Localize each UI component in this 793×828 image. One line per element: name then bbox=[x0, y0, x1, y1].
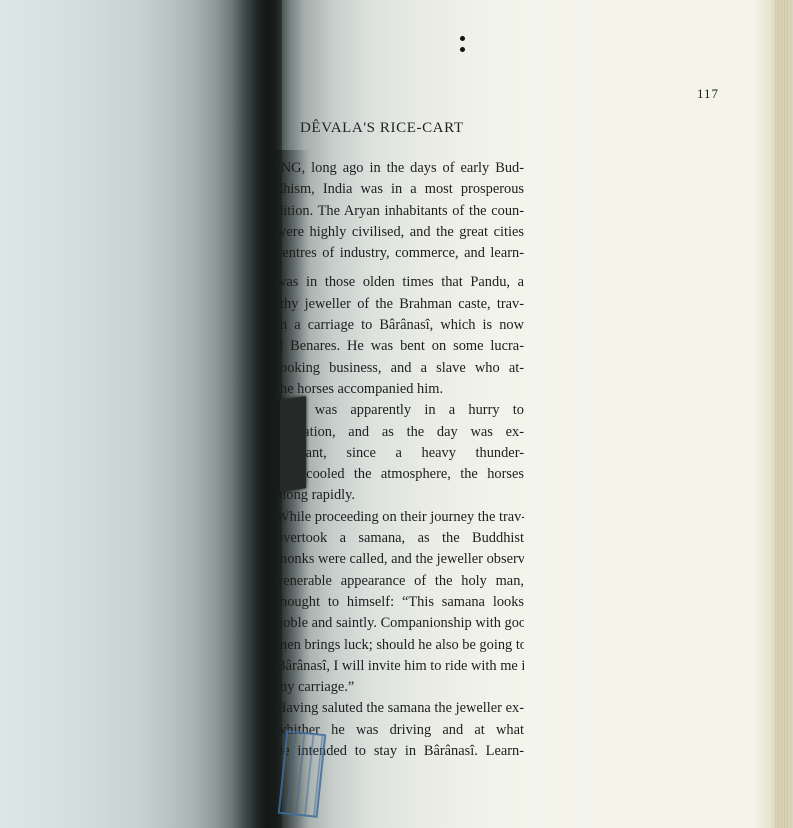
text-line: my carriage.” bbox=[276, 677, 524, 698]
text-line: eller was apparently in a hurry to bbox=[276, 400, 524, 421]
text-line: monks were called, and the jeweller obse… bbox=[276, 549, 524, 570]
chapter-title: DÊVALA'S RICE-CART bbox=[300, 120, 464, 137]
text-line: While proceeding on their journey the tr… bbox=[276, 507, 524, 528]
page-number: 117 bbox=[697, 86, 719, 102]
text-line: venerable appearance of the holy man, bbox=[276, 571, 524, 592]
text-line: Having saluted the samana the jeweller e… bbox=[276, 698, 524, 719]
text-line: dhism, India was in a most prosperous bbox=[276, 179, 524, 200]
text-line: dition. The Aryan inhabitants of the cou… bbox=[276, 201, 524, 222]
text-line: ING, long ago in the days of early Bud- bbox=[276, 158, 524, 179]
text-line: d Benares. He was bent on some lucra- bbox=[276, 336, 524, 357]
paper-tab-flap bbox=[280, 396, 306, 492]
text-line: lthy jeweller of the Brahman caste, trav… bbox=[276, 294, 524, 315]
text-line: was in those olden times that Pandu, a bbox=[276, 272, 524, 293]
text-line: Bârânasî, I will invite him to ride with… bbox=[276, 656, 524, 677]
text-line: looking business, and a slave who at- bbox=[276, 358, 524, 379]
page-edge bbox=[775, 0, 793, 828]
text-line: thought to himself: “This samana looks bbox=[276, 592, 524, 613]
left-facing-page bbox=[0, 0, 282, 828]
text-line: overtook a samana, as the Buddhist bbox=[276, 528, 524, 549]
text-line: estination, and as the day was ex- bbox=[276, 422, 524, 443]
text-line: centres of industry, commerce, and learn… bbox=[276, 243, 524, 264]
text-line: were highly civilised, and the great cit… bbox=[276, 222, 524, 243]
text-line: pleasant, since a heavy thunder- bbox=[276, 443, 524, 464]
ink-marks bbox=[459, 34, 467, 56]
text-line: noble and saintly. Companionship with go… bbox=[276, 613, 524, 634]
text-line: along rapidly. bbox=[276, 485, 524, 506]
text-line: men brings luck; should he also be going… bbox=[276, 635, 524, 656]
body-text: ING, long ago in the days of early Bud- … bbox=[276, 158, 524, 762]
text-line: had cooled the atmosphere, the horses bbox=[276, 464, 524, 485]
text-line: the horses accompanied him. bbox=[276, 379, 524, 400]
text-line: in a carriage to Bârânasî, which is now bbox=[276, 315, 524, 336]
